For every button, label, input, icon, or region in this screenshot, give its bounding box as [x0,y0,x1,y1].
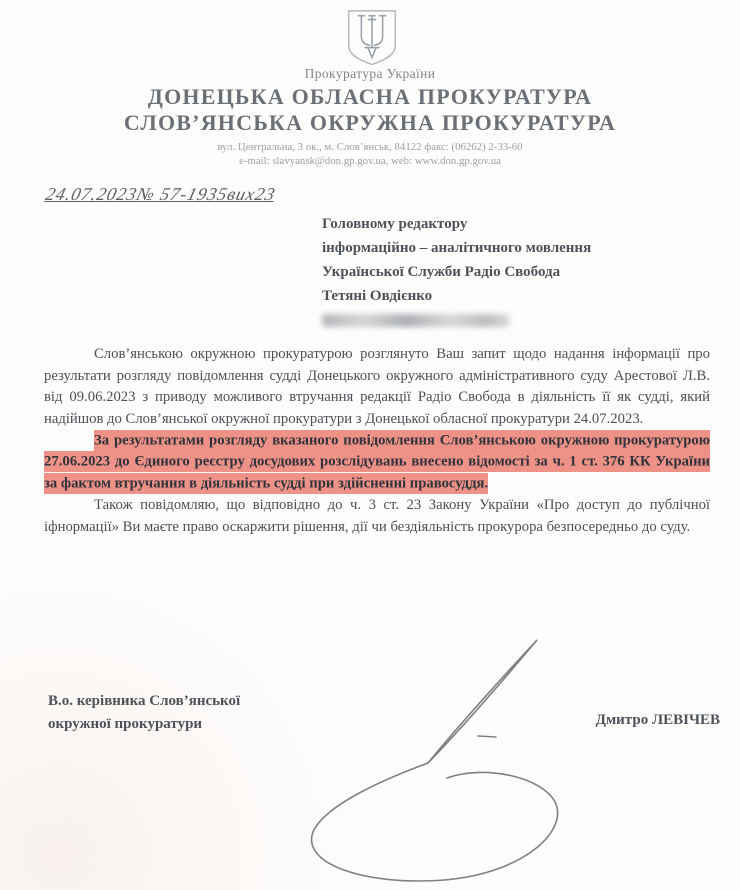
scanned-letter-page: Прокуратура України ДОНЕЦЬКА ОБЛАСНА ПРО… [0,0,740,890]
signer-position-line: В.о. керівника Слов’янської [48,690,368,713]
highlighted-statement: За результатами розгляду вказаного повід… [44,430,710,494]
recipient-line: Української Служби Радіо Свобода [322,260,682,284]
letter-body: Слов’янською окружною прокуратурою розгл… [44,344,710,538]
recipient-line: Тетяні Овдієнко [322,284,682,308]
ukraine-trident-emblem [344,7,400,67]
signer-name: Дмитро ЛЕВІЧЕВ [460,712,720,729]
paragraph-appeal-rights: Також повідомляю, що відповідно до ч. 3 … [44,495,710,538]
recipient-line: Головному редактору [322,212,682,236]
recipient-line: інформаційно – аналітичного мовлення [322,236,682,260]
redacted-email [322,314,510,327]
paragraph-request-summary: Слов’янською окружною прокуратурою розгл… [44,344,710,430]
letterhead-title-oblast: ДОНЕЦЬКА ОБЛАСНА ПРОКУРАТУРА [0,84,740,110]
letterhead-title-okruzhna: СЛОВ’ЯНСЬКА ОКРУЖНА ПРОКУРАТУРА [0,110,740,136]
handwritten-date-number: 24.07.2023№ 57-1935вих23 [43,184,278,205]
paragraph-highlighted-wrap: За результатами розгляду вказаного повід… [44,430,710,495]
letterhead-address: вул. Центральна, 3 ок., м. Слов’янськ, 8… [0,141,740,153]
letterhead-contacts: e-mail: slavyansk@don.gp.gov.ua, web: ww… [0,155,740,167]
handwritten-signature [295,632,595,888]
org-name-small: Прокуратура України [0,66,740,82]
signer-position-line: окружної прокуратури [48,713,368,736]
signer-position: В.о. керівника Слов’янської окружної про… [48,690,368,736]
recipient-block: Головному редактору інформаційно – аналі… [322,212,682,327]
